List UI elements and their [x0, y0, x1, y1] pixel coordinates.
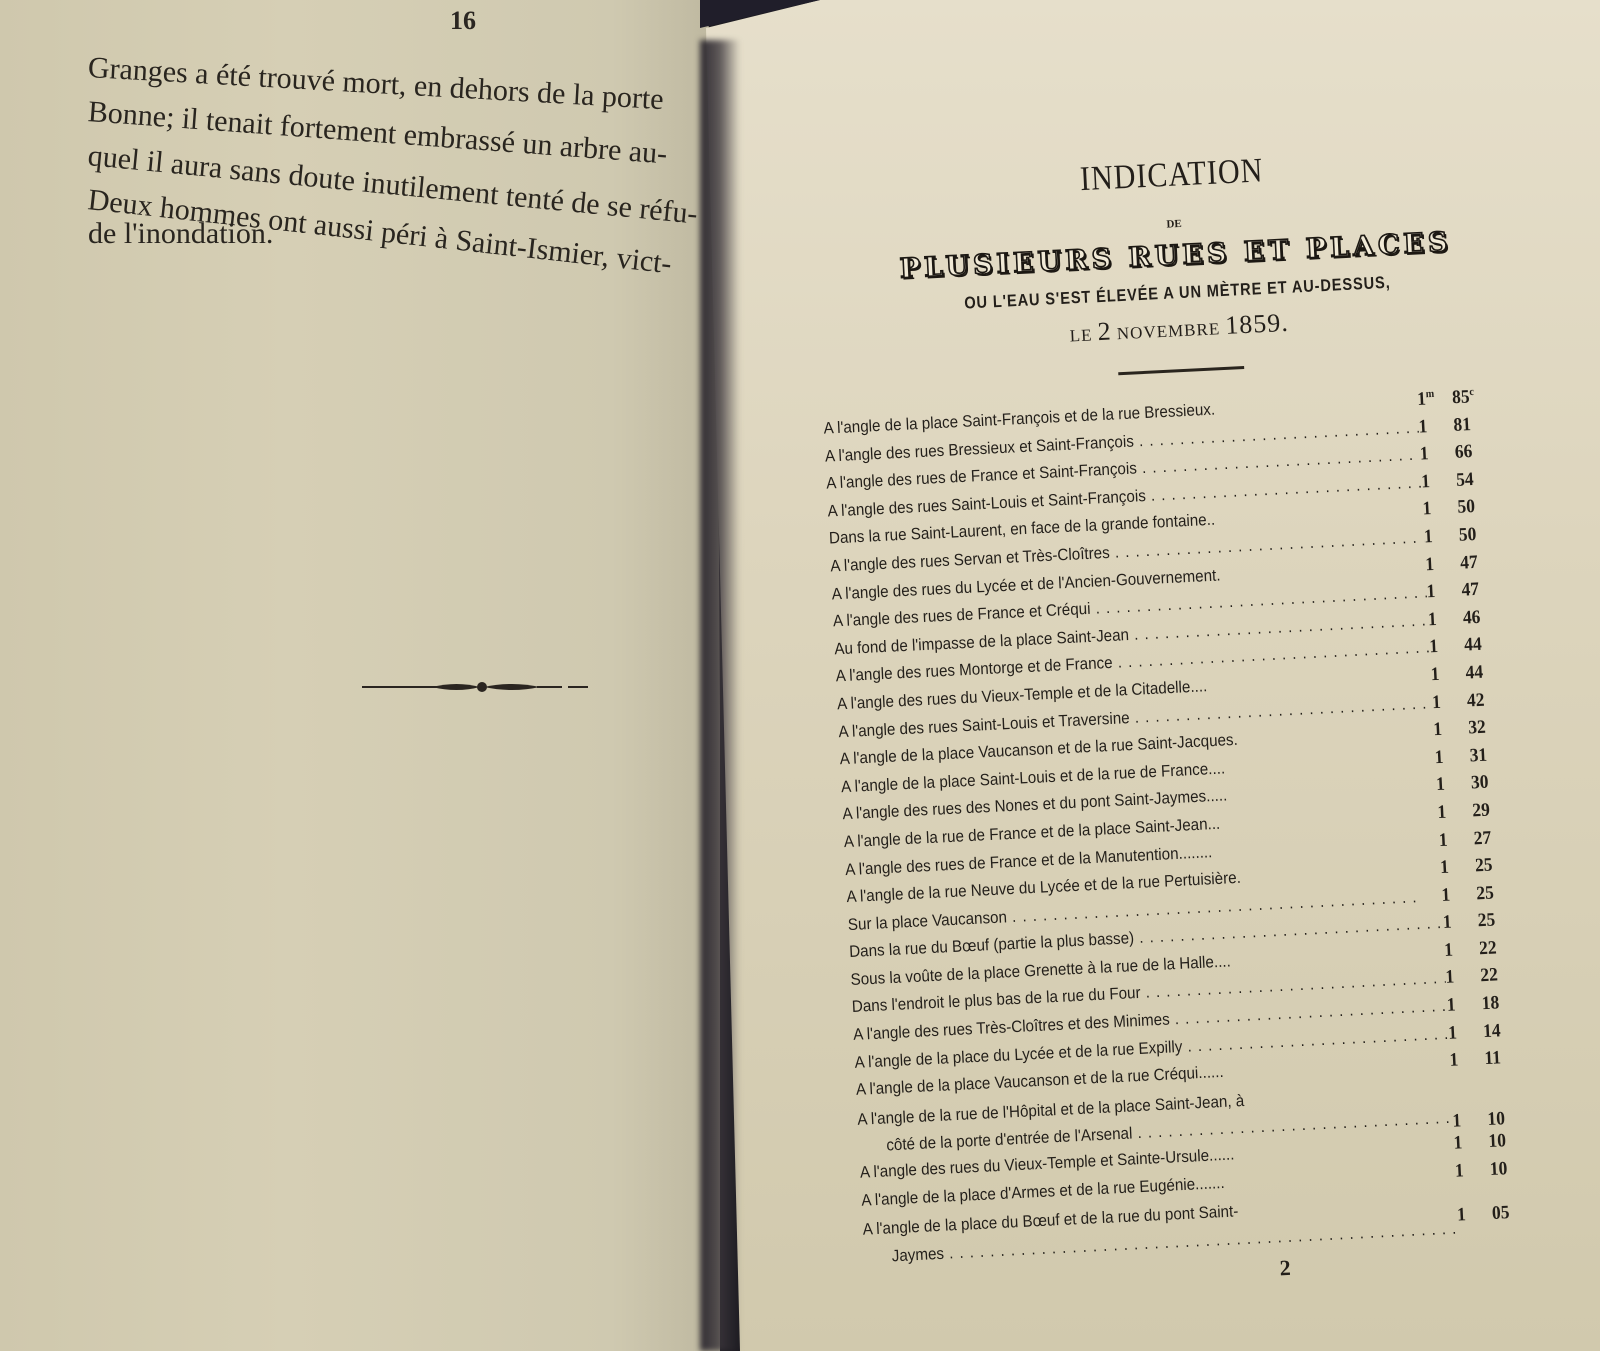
flood-level-table-page: INDICATION DE PLUSIEURS RUES ET PLACES O…: [810, 115, 1585, 1302]
title-rule: [1118, 366, 1244, 375]
page-title: INDICATION: [811, 138, 1532, 212]
left-page-paragraph: Granges a été trouvé mort, en dehors de …: [88, 48, 728, 254]
text-line: de l'inondation.: [88, 214, 728, 254]
ornament-divider-icon: [362, 680, 588, 694]
left-page-number: 16: [450, 6, 476, 36]
open-book: 16 Granges a été trouvé mort, en dehors …: [0, 0, 1600, 1351]
entries-list: A l'angle de la place Saint-François et …: [823, 383, 1584, 1273]
